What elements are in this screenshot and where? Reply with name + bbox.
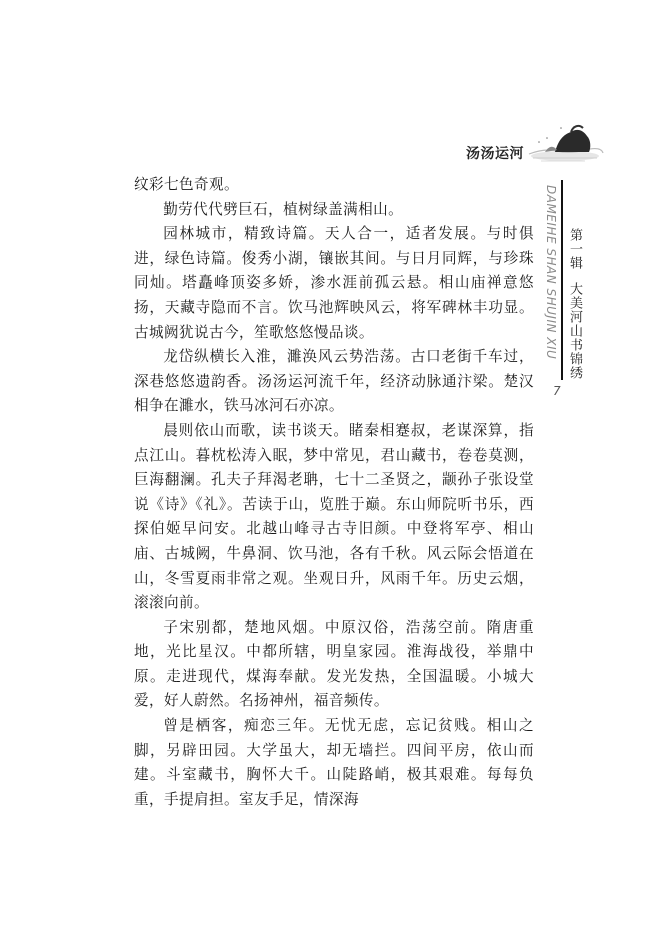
paragraph: 园林城市，精致诗篇。天人合一，适者发展。与时俱进，绿色诗篇。俊秀小湖，镶嵌其间。… [134,222,534,345]
sidebar-rule [561,180,563,380]
paragraph: 纹彩七色奇观。 [134,173,534,198]
chapter-label: 第一辑 [567,228,582,270]
paragraph: 子宋别都，楚地风烟。中原汉俗，浩荡空前。隋唐重地，光比星汉。中都所辖，明皇家园。… [134,616,534,714]
body-text: 纹彩七色奇观。 勤劳代代劈巨石，植树绿盖满相山。 园林城市，精致诗篇。天人合一，… [134,173,534,812]
paragraph: 龙岱纵横长入淮，濉涣风云势浩荡。古口老街千车过，深巷悠悠遗韵香。汤汤运河流千年，… [134,345,534,419]
ink-landscape-icon [525,118,605,168]
running-header-title: 汤汤运河 [466,143,524,163]
chapter-title: 大美河山书锦绣 [567,282,582,380]
page-number: 7 [553,384,561,398]
paragraph: 勤劳代代劈巨石，植树绿盖满相山。 [134,198,534,223]
sidebar-latin-title: DAMEIHE SHAN SHUJIN XIU [540,185,558,380]
paragraph: 晨则依山而歌，读书谈天。睹秦相蹇叔，老谋深算，指点江山。暮枕松涛入眠，梦中常见，… [134,419,534,616]
sidebar-chapter: 第一辑大美河山书锦绣 [566,228,584,380]
paragraph: 曾是栖客，痴恋三年。无忧无虑，忘记贫贱。相山之脚，另辟田园。大学虽大，却无墙拦。… [134,714,534,812]
